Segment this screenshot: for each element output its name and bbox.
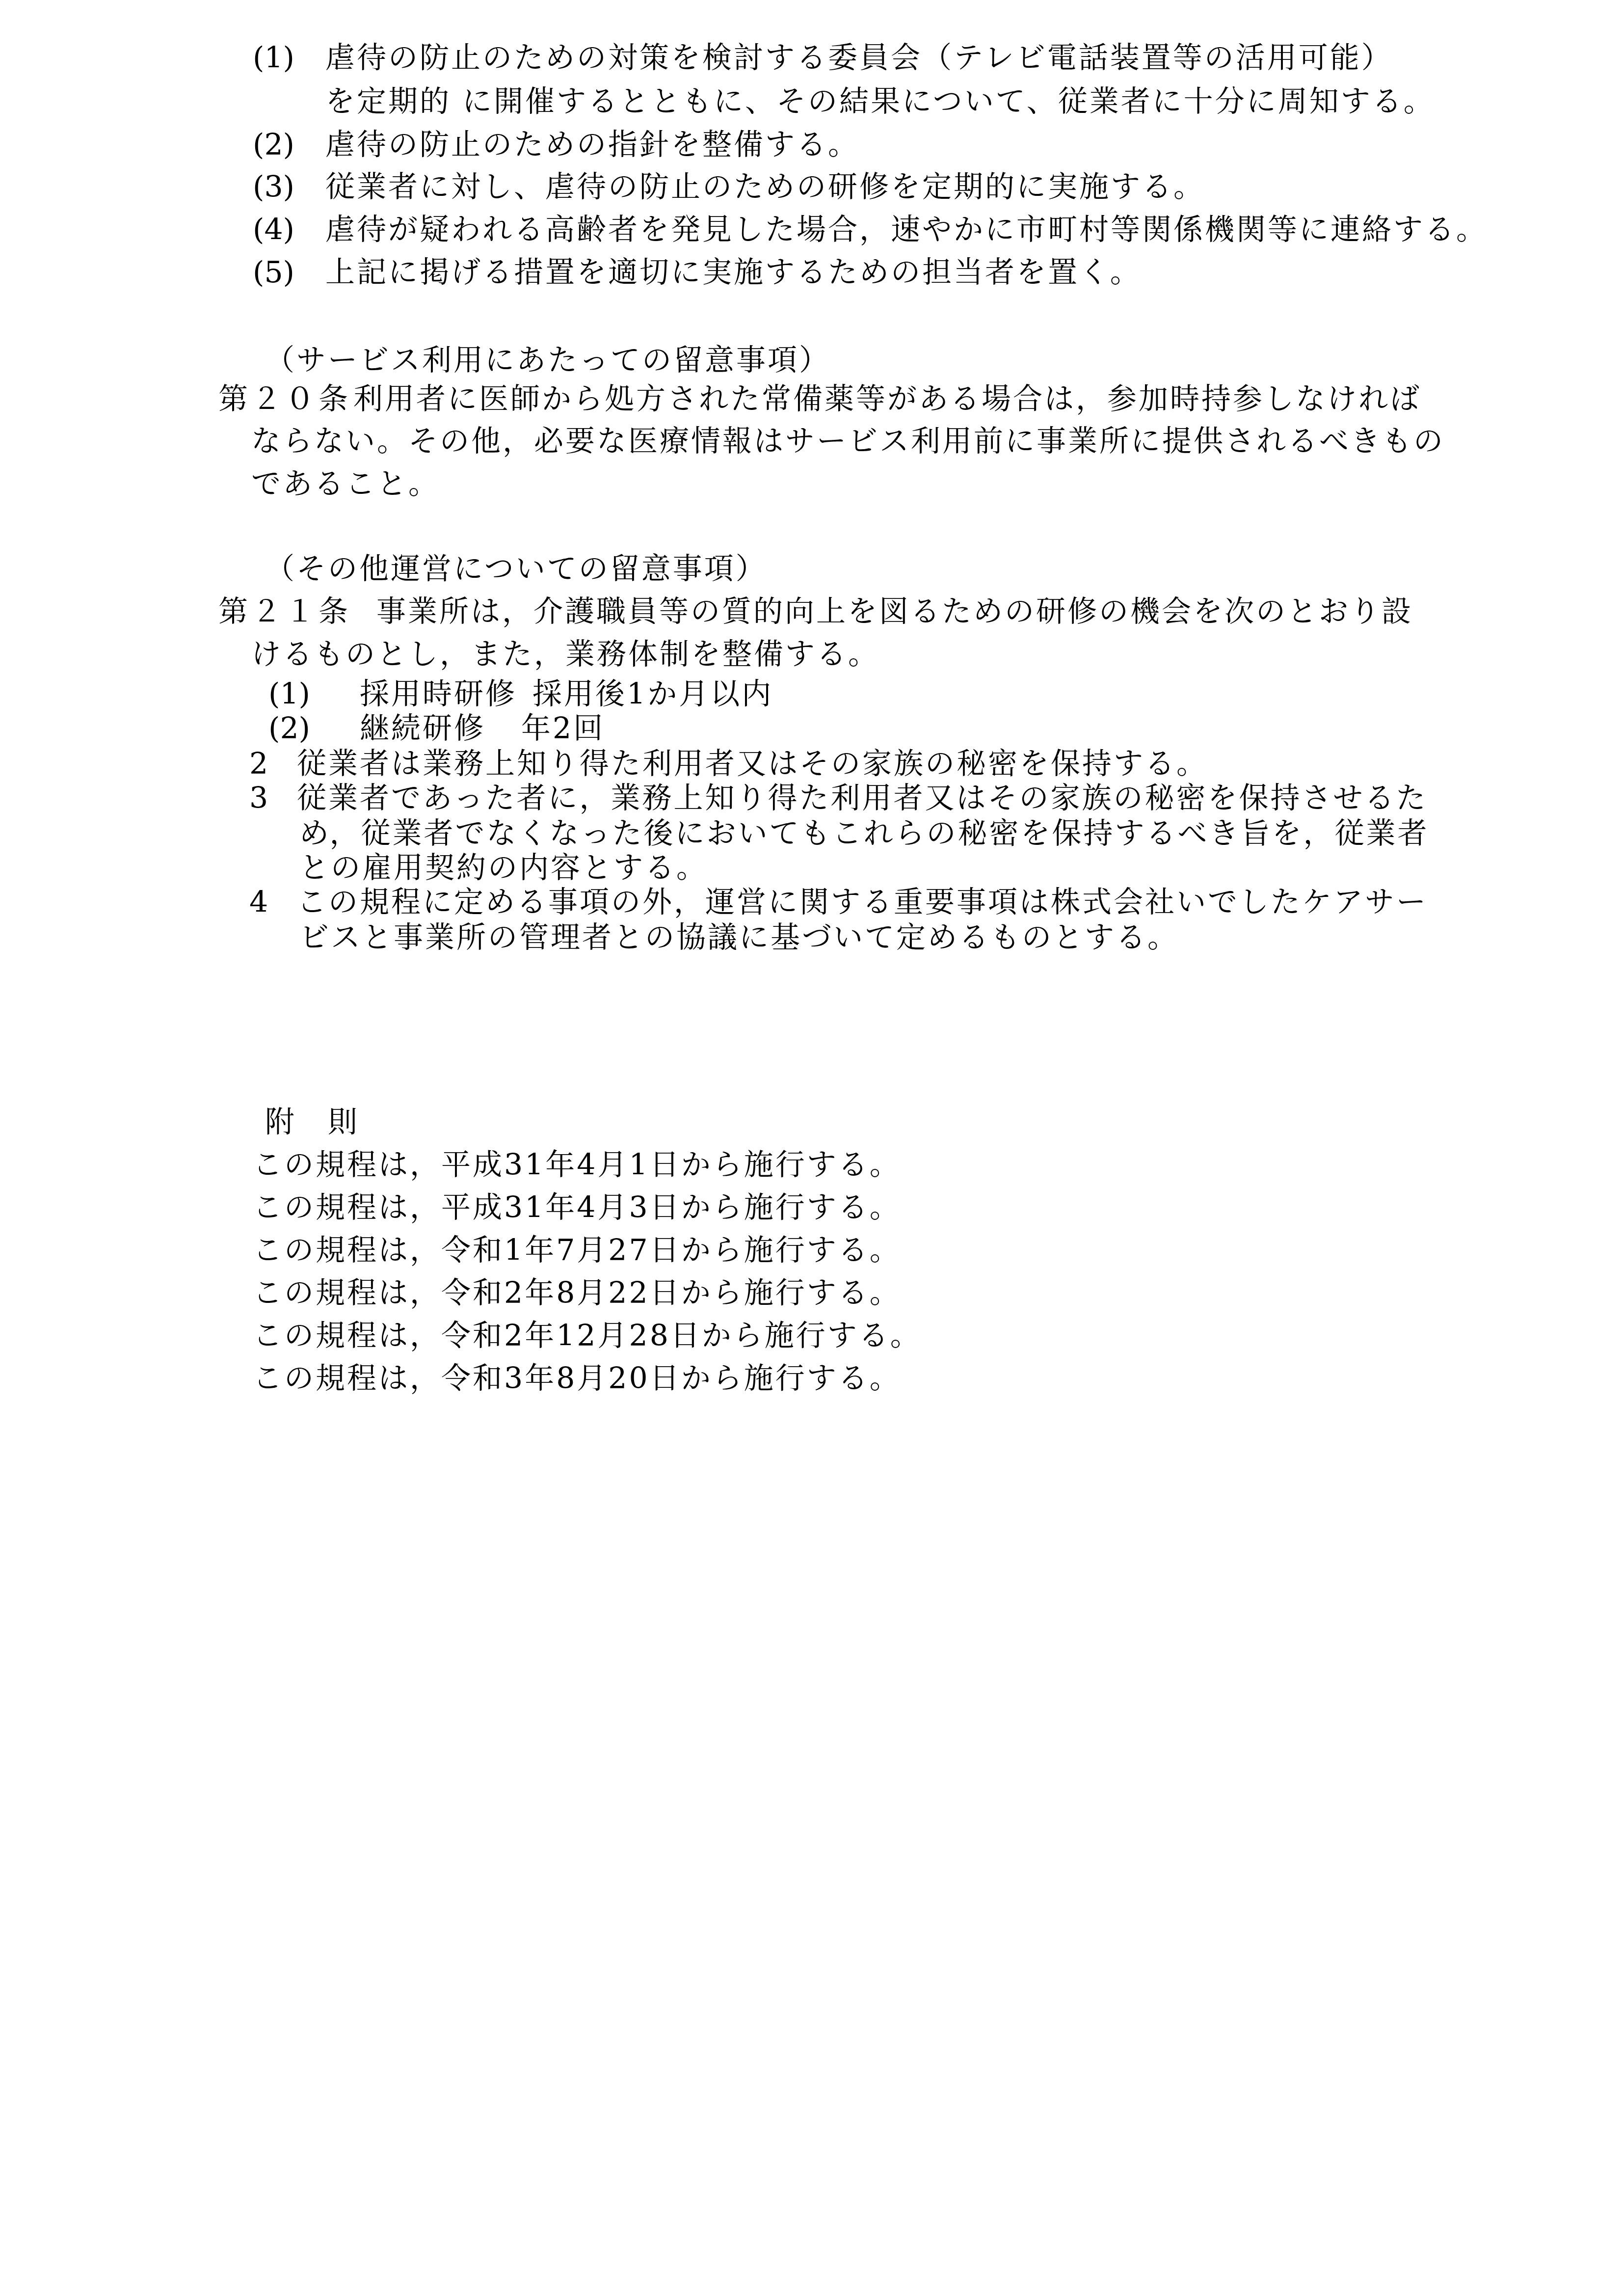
provision-line: この規程は，令和3年8月20日から施行する。 <box>253 1363 901 1394</box>
document-page: (1) 虐待の防止のための対策を検討する委員会（テレビ電話装置等の活用可能） を… <box>0 0 1623 2296</box>
paragraph-text: この規程に定める事項の外，運営に関する重要事項は株式会社いでしたケアサー <box>297 887 1428 918</box>
article-text: 利用者に医師から処方された常備薬等がある場合は，参加時持参しなければ <box>353 383 1421 415</box>
item-marker: (4) <box>253 214 294 245</box>
training-name: 継続研修 <box>360 713 485 744</box>
paragraph-text-continued: ビスと事業所の管理者との協議に基づいて定めるものとする。 <box>299 922 1179 953</box>
article-heading: （その他運営についての留意事項） <box>265 553 767 585</box>
paragraph-text: 従業者は業務上知り得た利用者又はその家族の秘密を保持する。 <box>297 748 1208 780</box>
item-text: 虐待が疑われる高齢者を発見した場合，速やかに市町村等関係機関等に連絡する。 <box>325 214 1488 245</box>
training-timing: 採用後1か月以内 <box>532 678 773 710</box>
article-text: 事業所は，介護職員等の質的向上を図るための研修の機会を次のとおり設 <box>376 596 1413 627</box>
paragraph-number: 4 <box>249 887 268 918</box>
item-text-continued: を定期的 に開催するとともに、その結果について、従業者に十分に周知する。 <box>325 86 1435 117</box>
article-text-continued: けるものとし，また，業務体制を整備する。 <box>251 639 879 670</box>
provision-line: この規程は，平成31年4月3日から施行する。 <box>253 1192 901 1223</box>
article-heading: （サービス利用にあたっての留意事項） <box>265 345 830 376</box>
provision-line: この規程は，令和1年7月27日から施行する。 <box>253 1235 901 1266</box>
item-text: 従業者に対し、虐待の防止のための研修を定期的に実施する。 <box>325 171 1205 203</box>
provision-line: この規程は，平成31年4月1日から施行する。 <box>253 1149 901 1181</box>
article-text-continued: ならない。その他，必要な医療情報はサービス利用前に事業所に提供されるべきもの <box>251 426 1445 457</box>
training-name: 採用時研修 <box>360 678 517 710</box>
article-text-continued: であること。 <box>251 468 440 500</box>
item-marker: (3) <box>253 171 294 203</box>
item-marker: (1) <box>253 42 294 74</box>
paragraph-text-continued: め，従業者でなくなった後においてもこれらの秘密を保持するべき旨を，従業者 <box>299 818 1429 849</box>
paragraph-number: 3 <box>249 783 268 814</box>
item-text: 虐待の防止のための指針を整備する。 <box>325 129 859 161</box>
paragraph-text-continued: との雇用契約の内容とする。 <box>299 852 708 884</box>
training-marker: (1) <box>268 678 310 710</box>
training-marker: (2) <box>268 713 310 744</box>
provision-line: この規程は，令和2年8月22日から施行する。 <box>253 1277 901 1309</box>
article-label: 第２０条 <box>218 383 352 415</box>
provision-line: この規程は，令和2年12月28日から施行する。 <box>253 1320 922 1351</box>
training-timing: 年2回 <box>521 713 605 744</box>
item-marker: (5) <box>253 257 294 288</box>
item-text: 上記に掲げる措置を適切に実施するための担当者を置く。 <box>325 257 1142 288</box>
paragraph-number: 2 <box>249 748 268 780</box>
article-label: 第２１条 <box>218 596 352 627</box>
item-marker: (2) <box>253 129 294 161</box>
paragraph-text: 従業者であった者に，業務上知り得た利用者又はその家族の秘密を保持させるた <box>297 783 1427 814</box>
supplementary-heading: 附 則 <box>265 1107 359 1138</box>
item-text: 虐待の防止のための対策を検討する委員会（テレビ電話装置等の活用可能） <box>325 42 1393 74</box>
